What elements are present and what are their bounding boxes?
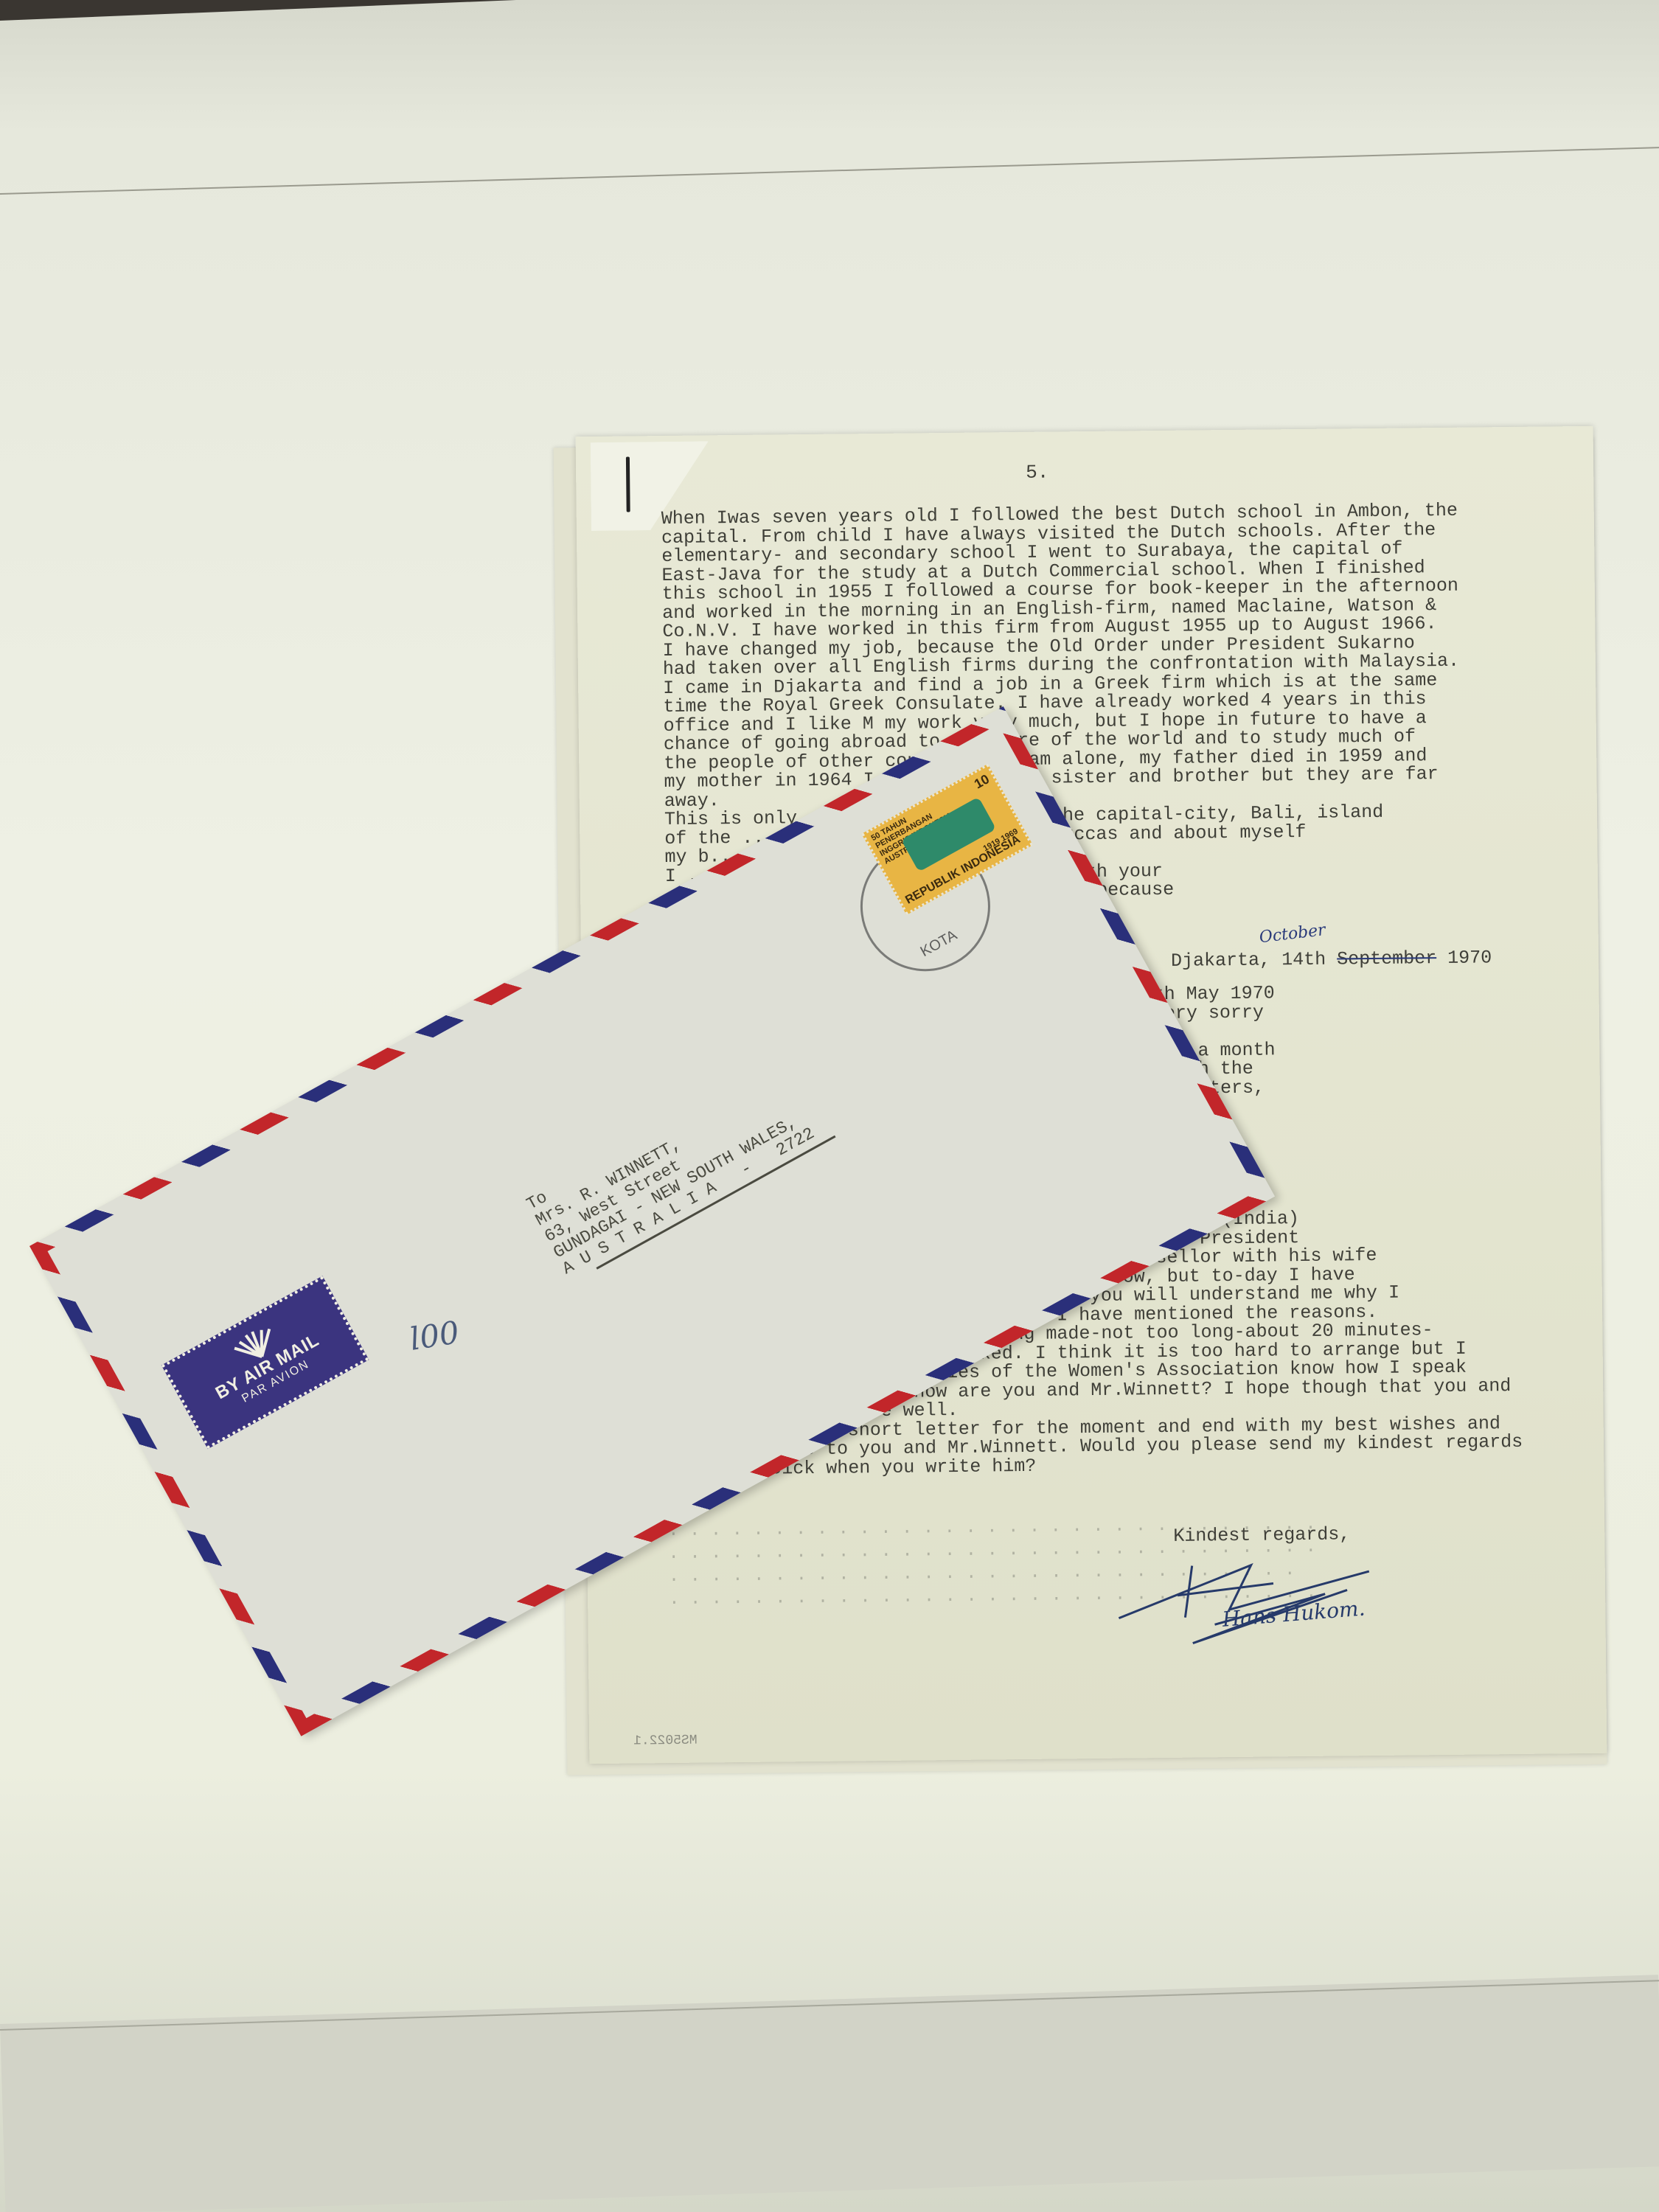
tab-mark xyxy=(626,457,630,512)
date-month-struck: September xyxy=(1337,947,1436,970)
date-day: 14th xyxy=(1281,949,1326,971)
accession-number: MS5022.1 xyxy=(633,1733,698,1749)
mount-board-edge-top xyxy=(0,147,1659,195)
page-number: 5. xyxy=(1026,462,1049,484)
handwritten-month: October xyxy=(1259,921,1326,947)
letter-date: Djakarta, 14th September 1970 xyxy=(1171,947,1492,972)
postmark-text: KOTA xyxy=(918,927,960,961)
closing: Kindest regards, xyxy=(1173,1523,1350,1547)
signature-icon xyxy=(1103,1548,1413,1647)
stamp-value: 10 xyxy=(972,771,992,792)
date-place: Djakarta, xyxy=(1171,949,1270,971)
pencil-note: l00 xyxy=(407,1314,462,1357)
background-edge xyxy=(0,0,516,21)
airmail-label: BY AIR MAIL PAR AVION xyxy=(161,1276,369,1449)
mount-board-lower xyxy=(0,1975,1659,2212)
date-year: 1970 xyxy=(1447,947,1492,969)
